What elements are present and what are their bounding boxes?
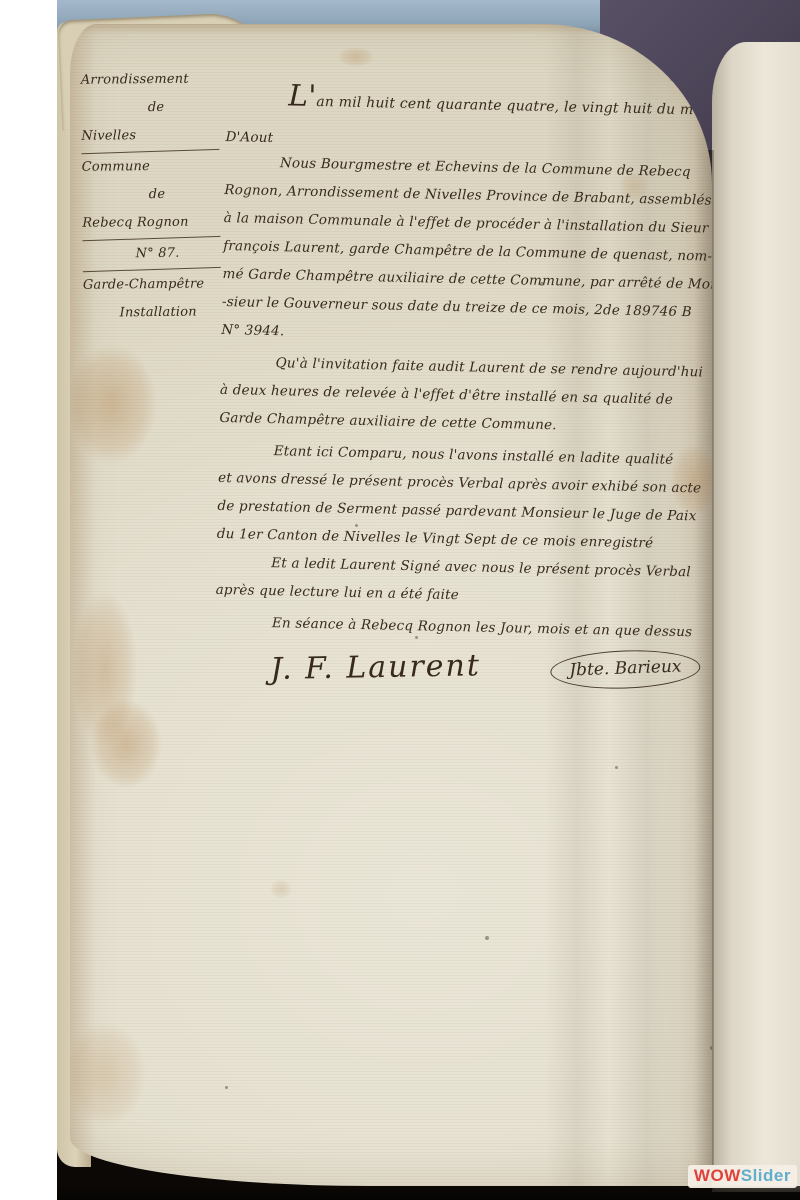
- margin-note-number: N° 87.: [82, 239, 232, 269]
- watermark-slider-text: Slider: [741, 1166, 791, 1185]
- margin-annotations: Arrondissement de Nivelles Commune de Re…: [81, 65, 234, 328]
- signature-row: J. F. Laurent Jbte. Barieux: [227, 638, 712, 737]
- margin-note-line: Rebecq Rognon: [82, 208, 232, 238]
- ink-speck: [710, 1046, 712, 1050]
- ink-speck: [485, 936, 489, 940]
- paragraph-proces-verbal: Etant ici Comparu, nous l'avons installé…: [217, 436, 703, 559]
- fox-stain: [70, 324, 172, 484]
- margin-note-line: Arrondissement: [81, 65, 231, 95]
- body-line: L'an mil huit cent quarante quatre, le v…: [288, 85, 712, 126]
- signature-barieux: Jbte. Barieux: [550, 648, 701, 691]
- wowslider-watermark-link[interactable]: WOWSlider: [688, 1165, 797, 1188]
- facing-page-edge: [712, 42, 800, 1192]
- margin-note-line: Nivelles: [81, 121, 231, 151]
- ink-speck: [670, 78, 674, 81]
- fox-stain: [78, 684, 174, 804]
- margin-note-line: Commune: [82, 152, 232, 182]
- paragraph-invitation: Qu'à l'invitation faite audit Laurent de…: [219, 348, 703, 443]
- paragraph-signature-clause: Et a ledit Laurent Signé avec nous le pr…: [215, 548, 691, 614]
- photo-scene: Arrondissement de Nivelles Commune de Re…: [0, 0, 800, 1200]
- fox-stain: [70, 1004, 160, 1144]
- signature-laurent: J. F. Laurent: [270, 648, 481, 687]
- manuscript-page: Arrondissement de Nivelles Commune de Re…: [70, 24, 712, 1186]
- ink-speck: [225, 1086, 228, 1089]
- margin-note-line: Garde-Champêtre: [83, 270, 233, 300]
- watermark-wow-text: WOW: [694, 1166, 741, 1185]
- margin-note-line: de: [81, 93, 231, 123]
- photo-white-border: [0, 0, 57, 1200]
- margin-note-line: de: [82, 180, 232, 210]
- fox-stain: [266, 876, 296, 902]
- photo-bottom-shadow: [57, 1186, 800, 1200]
- fox-stain: [332, 44, 380, 70]
- ink-speck: [615, 766, 618, 769]
- paragraph-installation: Nous Bourgmestre et Echevins de la Commu…: [221, 148, 712, 355]
- margin-note-line: Installation: [83, 298, 233, 328]
